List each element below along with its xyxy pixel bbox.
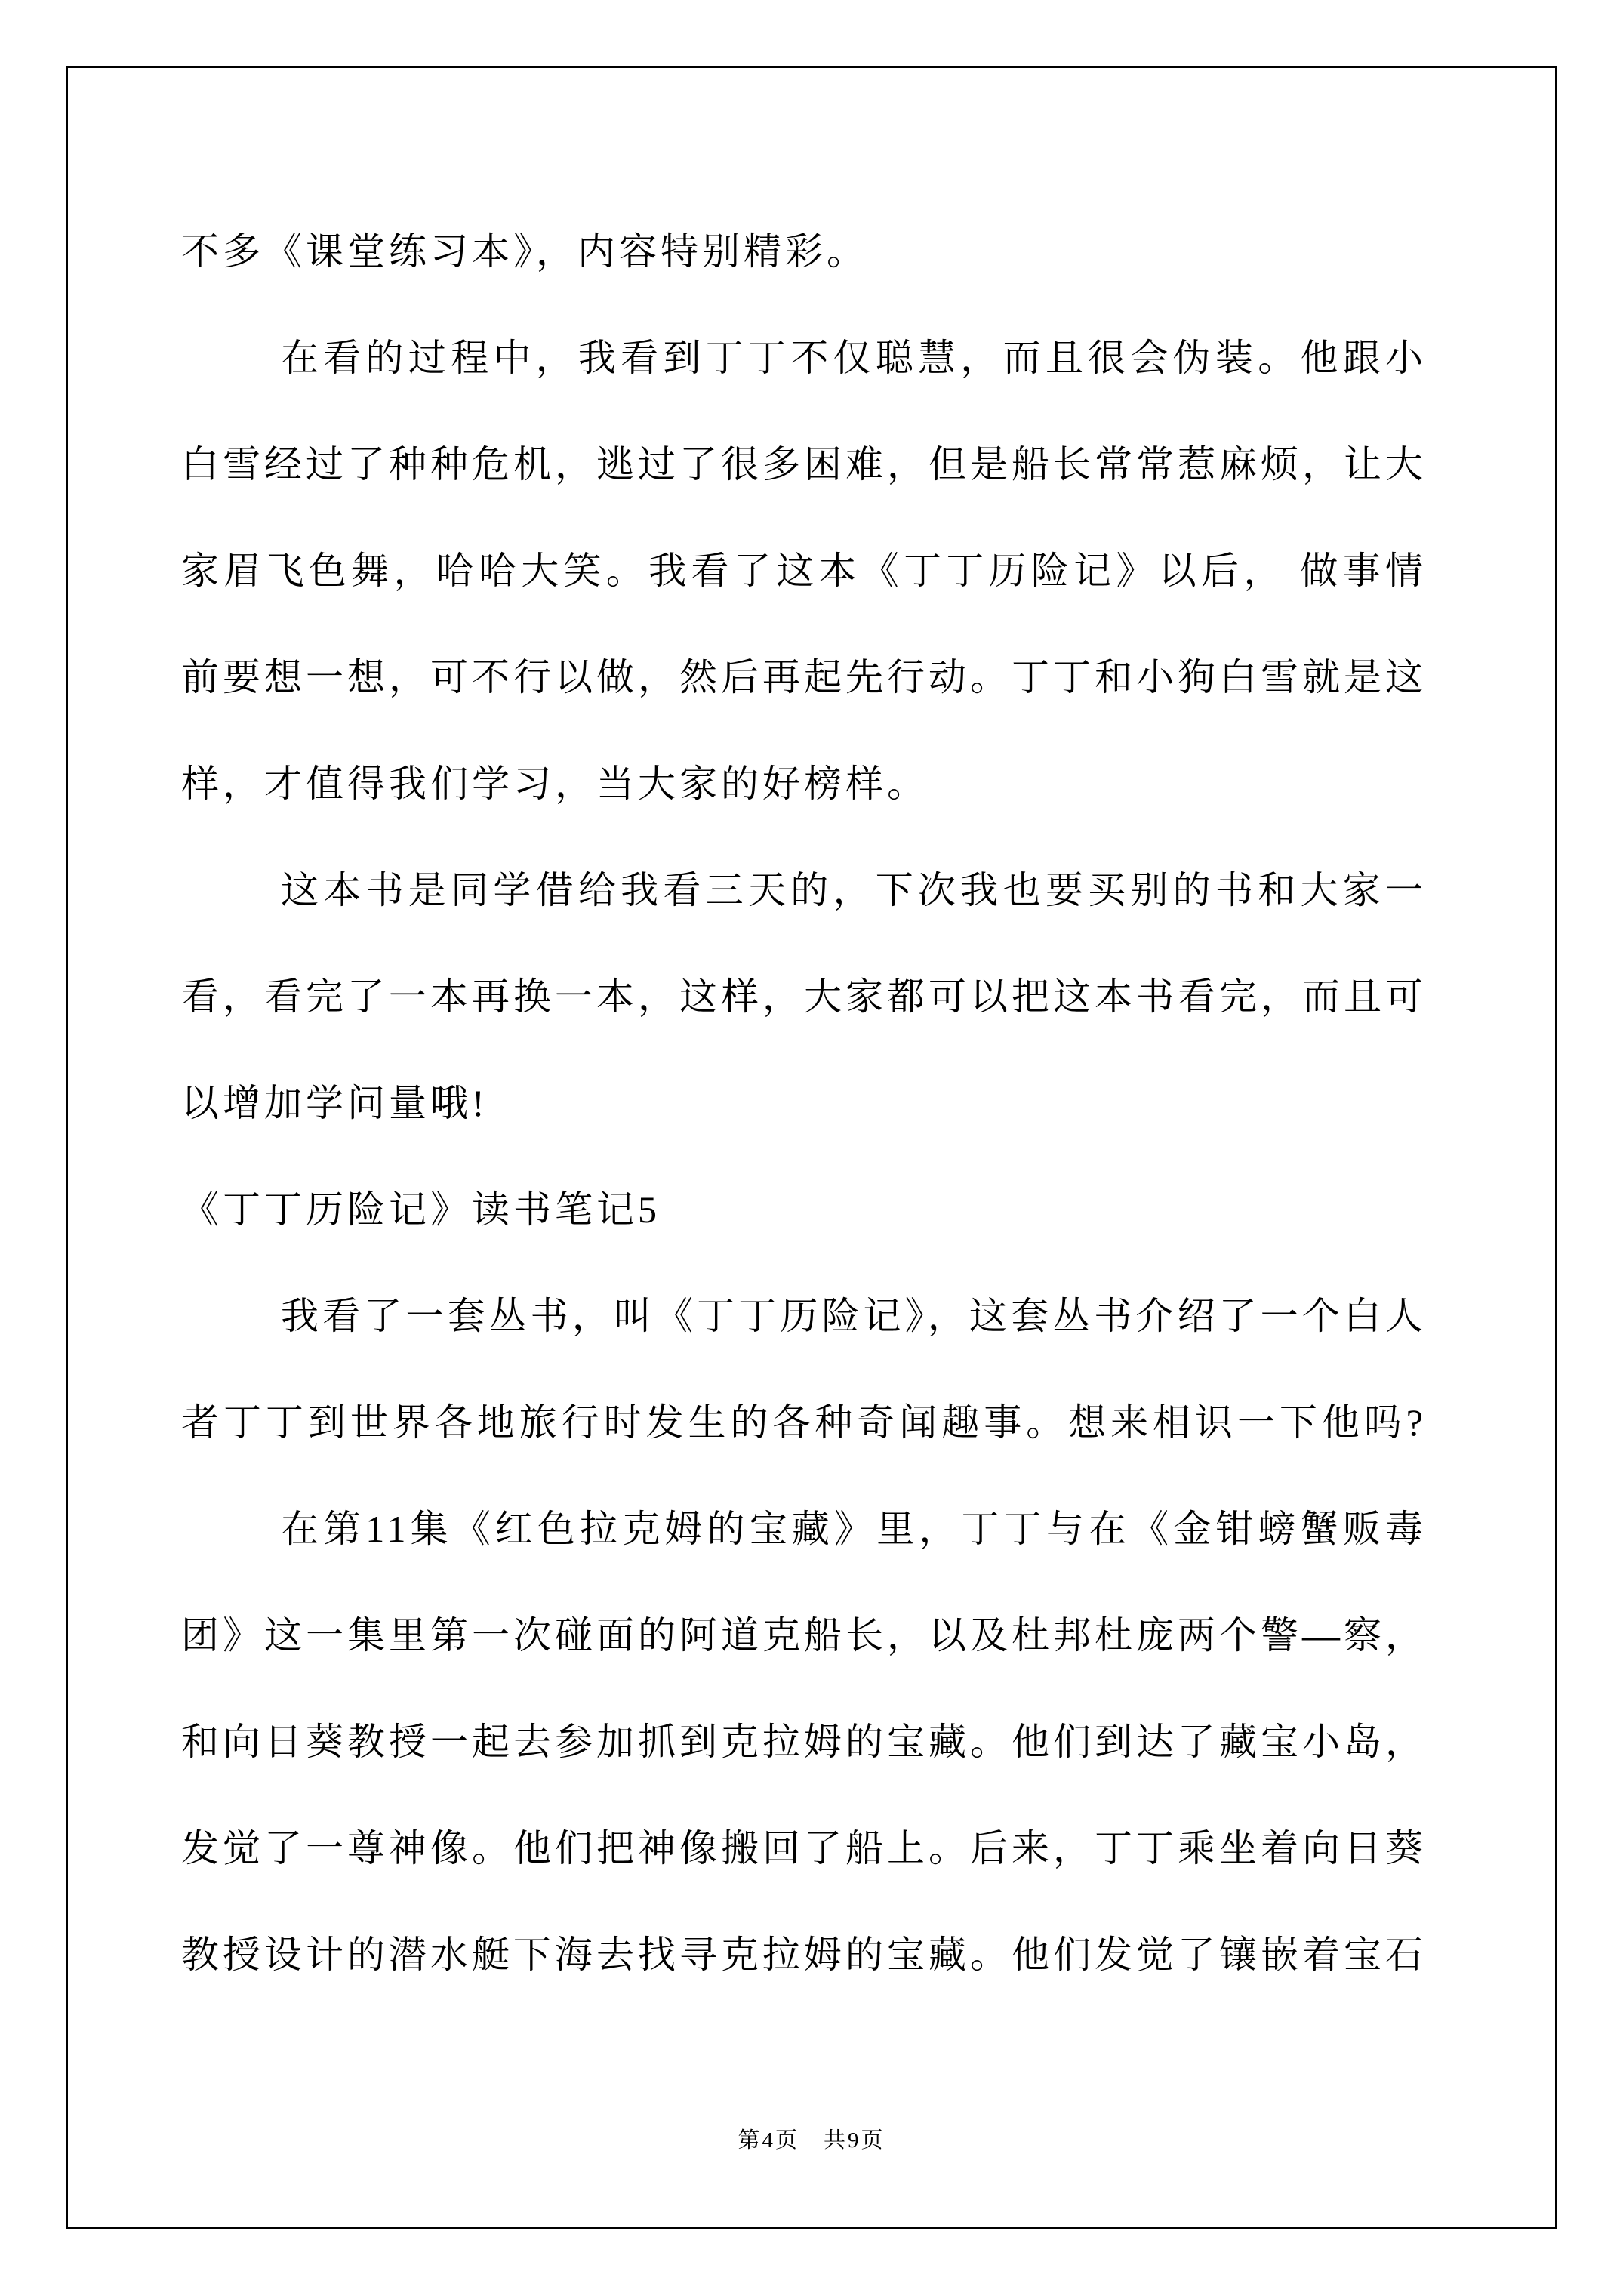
text-line: 以增加学问量哦! (181, 1050, 1427, 1157)
text-block: 不多《课堂练习本》，内容特别精彩。 在看的过程中，我看到丁丁不仅聪慧，而且很会伪… (181, 199, 1427, 2008)
text-line: 教授设计的潜水艇下海去找寻克拉姆的宝藏。他们发觉了镶嵌着宝石 (181, 1902, 1427, 2008)
text-line: 看，看完了一本再换一本，这样，大家都可以把这本书看完，而且可 (181, 944, 1427, 1050)
text-line: 家眉飞色舞，哈哈大笑。我看了这本《丁丁历险记》以后， 做事情之 (181, 518, 1427, 624)
text-line: 在看的过程中，我看到丁丁不仅聪慧，而且很会伪装。他跟小狗 (181, 305, 1427, 411)
section-heading: 《丁丁历险记》读书笔记5 (181, 1157, 1427, 1263)
text-line: 发觉了一尊神像。他们把神像搬回了船上。后来，丁丁乘坐着向日葵 (181, 1795, 1427, 1902)
text-line: 者丁丁到世界各地旅行时发生的各种奇闻趣事。想来相识一下他吗? (181, 1370, 1427, 1476)
page-number: 第4页 共9页 (0, 2123, 1623, 2154)
text-line: 白雪经过了种种危机，逃过了很多困难，但是船长常常惹麻烦，让大 (181, 411, 1427, 518)
text-line: 团》这一集里第一次碰面的阿道克船长，以及杜邦杜庞两个警—察， (181, 1583, 1427, 1689)
text-line: 这本书是同学借给我看三天的，下次我也要买别的书和大家一起 (181, 837, 1427, 944)
text-line: 和向日葵教授一起去参加抓到克拉姆的宝藏。他们到达了藏宝小岛， (181, 1689, 1427, 1795)
text-line: 不多《课堂练习本》，内容特别精彩。 (181, 199, 1427, 305)
text-line: 样，才值得我们学习，当大家的好榜样。 (181, 731, 1427, 837)
text-line: 我看了一套丛书，叫《丁丁历险记》，这套丛书介绍了一个白人记 (181, 1263, 1427, 1370)
document-page: 不多《课堂练习本》，内容特别精彩。 在看的过程中，我看到丁丁不仅聪慧，而且很会伪… (0, 0, 1623, 2296)
text-line: 在第11集《红色拉克姆的宝藏》里，丁丁与在《金钳螃蟹贩毒集 (181, 1476, 1427, 1583)
text-line: 前要想一想，可不行以做，然后再起先行动。丁丁和小狗白雪就是这 (181, 624, 1427, 731)
